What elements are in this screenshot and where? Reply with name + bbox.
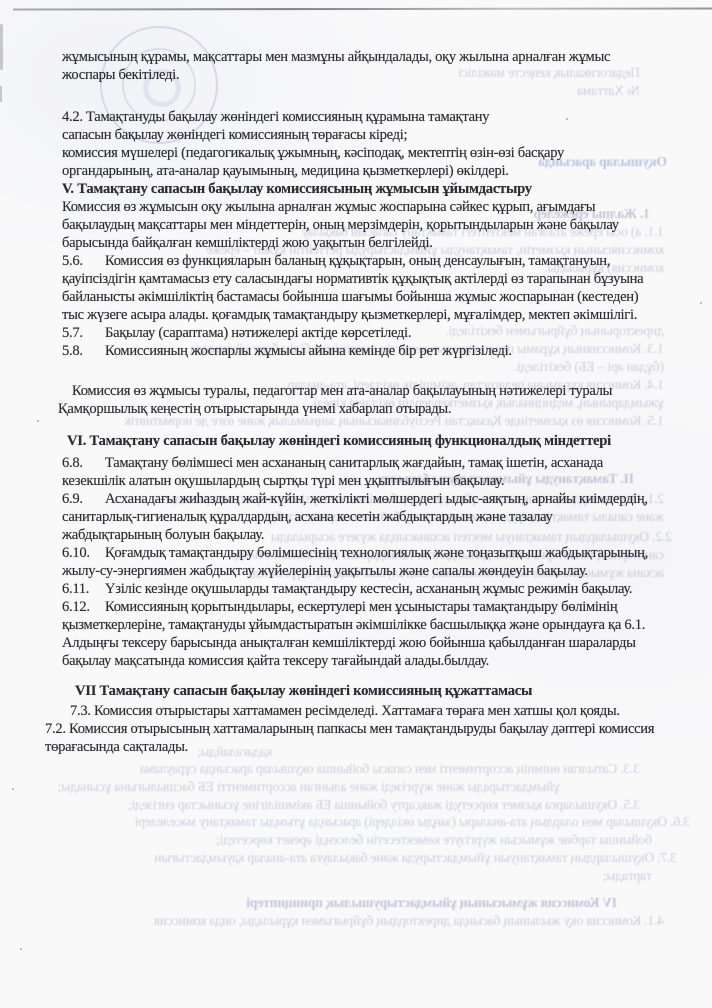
clause-7-2: 7.2. Комиссия отырысының хаттамаларының … (45, 720, 712, 738)
scanned-document-page: { "page": { "colors": { "bg": "#f9f9fa",… (0, 0, 712, 1008)
clause-text: Бақылау (сараптама) нәтижелері актіде кө… (105, 325, 411, 341)
scan-speckle (700, 302, 702, 304)
clause-6-11: 6.11.Үзіліс кезінде оқушыларды тамақтанд… (62, 580, 712, 598)
clause-5-6: 5.6.Комиссия өз функцияларын баланың құқ… (62, 252, 712, 270)
clause-5-7: 5.7.Бақылау (сараптама) нәтижелері актід… (62, 324, 712, 342)
clause-number: 6.11. (62, 580, 105, 598)
scan-speckle (12, 788, 14, 790)
scan-speckle (58, 747, 60, 749)
clause-5-8: 5.8.Комиссияның жоспарлы жұмысы айына ке… (62, 342, 712, 360)
text-line: байланысты әкімшіліктің бастамасы бойынш… (62, 288, 712, 306)
text-line: жылу-су-энергиямен жабдықтау жүйелерінің… (62, 562, 712, 580)
bleedthrough-line: тартады; (603, 867, 652, 884)
text-line: санитарлық-гигиеналық құралдардың, асхан… (62, 508, 712, 526)
scan-speckle (37, 420, 39, 422)
document-text: жұмысының құрамы, мақсаттары мен мазмұны… (0, 0, 712, 756)
text-line: бақылаудың мақсаттары мен міндеттерін, о… (62, 216, 712, 234)
text-line: төрағасында сақталады. (45, 738, 712, 756)
text-line: жұмысының құрамы, мақсаттары мен мазмұны… (62, 48, 712, 66)
bleedthrough-line: ұйымдастырады және жүргізеді және алынға… (58, 778, 560, 795)
text-line: барысында байқалған кемшіліктерді жою уа… (62, 234, 712, 252)
clause-6-12: 6.12.Комиссияның қорытындылары, ескертул… (62, 598, 712, 616)
bleedthrough-line: 3.5. Оқушыларға қызмет көрсетуді жақсарт… (128, 796, 640, 813)
text-line: тыс жүзеге асыра алады. қоғамдық тамақта… (62, 306, 712, 324)
bleedthrough-line: 3.3. Сатылған өнімнің ассортименті мен с… (140, 760, 640, 777)
clause-number: 6.8. (62, 454, 105, 472)
text-line: қызметкерлеріне, тамақтануды ұйымдастыра… (62, 616, 712, 634)
scan-artifact (0, 24, 3, 70)
clause-text: Комиссияның жоспарлы жұмысы айына кемінд… (105, 343, 512, 359)
section-heading-V: V. Тамақтану сапасын бақылау комиссиясын… (62, 180, 712, 198)
text-line: Қамқоршылық кеңестің отырыстарында үнемі… (58, 400, 712, 418)
scan-speckle (20, 948, 22, 950)
text-line: Комиссия өз жұмысы туралы, педагогтар ме… (72, 382, 712, 400)
clause-6-10: 6.10.Қоғамдық тамақтандыру бөлімшесінің … (62, 544, 712, 562)
text-line: Комиссия өз жұмысын оқу жылына арналған … (62, 198, 712, 216)
text-line: қауіпсіздігін қамтамасыз ету саласындағы… (62, 270, 712, 288)
clause-text: Үзіліс кезінде оқушыларды тамақтандыру к… (105, 581, 632, 597)
clause-7-3: 7.3. Комиссия отырыстары хаттамамен ресі… (70, 702, 712, 720)
text-line: бақылау мақсатында комиссия қайта тексер… (62, 652, 712, 670)
bleedthrough-line: 4.1. Комиссия оқу жылының басында директ… (154, 912, 664, 929)
clause-text: Асханадағы жиһаздың жай-күйін, жеткілікт… (105, 491, 648, 507)
bleedthrough-line: IV Комиссия жұмысының ұйымдастырушылық п… (247, 894, 617, 911)
bleedthrough-line: бойынша тәрбие жұмысын жүргізуге көмекте… (216, 831, 652, 848)
text-line: органдарының, ата-аналар қауымының, меди… (62, 162, 712, 180)
text-line: комиссия мүшелері (педагогикалық ұжымның… (62, 144, 712, 162)
clause-number: 5.8. (62, 342, 105, 360)
scan-speckle (566, 118, 568, 120)
clause-number: 5.6. (62, 252, 105, 270)
bleedthrough-line: 3.6. Оқушылар мен олардың ата-аналары (з… (135, 813, 690, 830)
clause-4-2: 4.2. Тамақтануды бақылау жөніндегі комис… (62, 108, 712, 126)
clause-number: 6.10. (62, 544, 105, 562)
text-line: сапасын бақылау жөніндегі комиссияның тө… (62, 126, 712, 144)
clause-6-8: 6.8.Тамақтану бөлімшесі мен асхананың са… (62, 454, 712, 472)
clause-number: 6.9. (62, 490, 105, 508)
clause-text: Комиссияның қорытындылары, ескертулері м… (105, 599, 617, 615)
clause-number: 5.7. (62, 324, 105, 342)
text-line: кезекшілік алатын оқушылардың сыртқы түр… (62, 472, 712, 490)
section-heading-VI: VI. Тамақтану сапасын бақылау жөніндегі … (67, 432, 712, 450)
clause-text: Тамақтану бөлімшесі мен асхананың санита… (105, 455, 603, 471)
text-line: Алдыңғы тексеру барысында анықталған кем… (62, 634, 712, 652)
bleedthrough-line: 3.7. Оқушылардың тамақтануын ұйымдастыру… (154, 849, 677, 866)
scan-artifact (0, 86, 2, 102)
text-line: жабдықтарының болуын бақылау. (62, 526, 712, 544)
clause-text: Комиссия өз функцияларын баланың құқықта… (105, 253, 610, 269)
clause-6-9: 6.9.Асханадағы жиһаздың жай-күйін, жеткі… (62, 490, 712, 508)
clause-text: Қоғамдық тамақтандыру бөлімшесінің техно… (105, 545, 648, 561)
clause-number: 6.12. (62, 598, 105, 616)
text-line: жоспары бекітіледі. (62, 66, 712, 84)
section-heading-VII: VII Тамақтану сапасын бақылау жөніндегі … (75, 682, 712, 700)
